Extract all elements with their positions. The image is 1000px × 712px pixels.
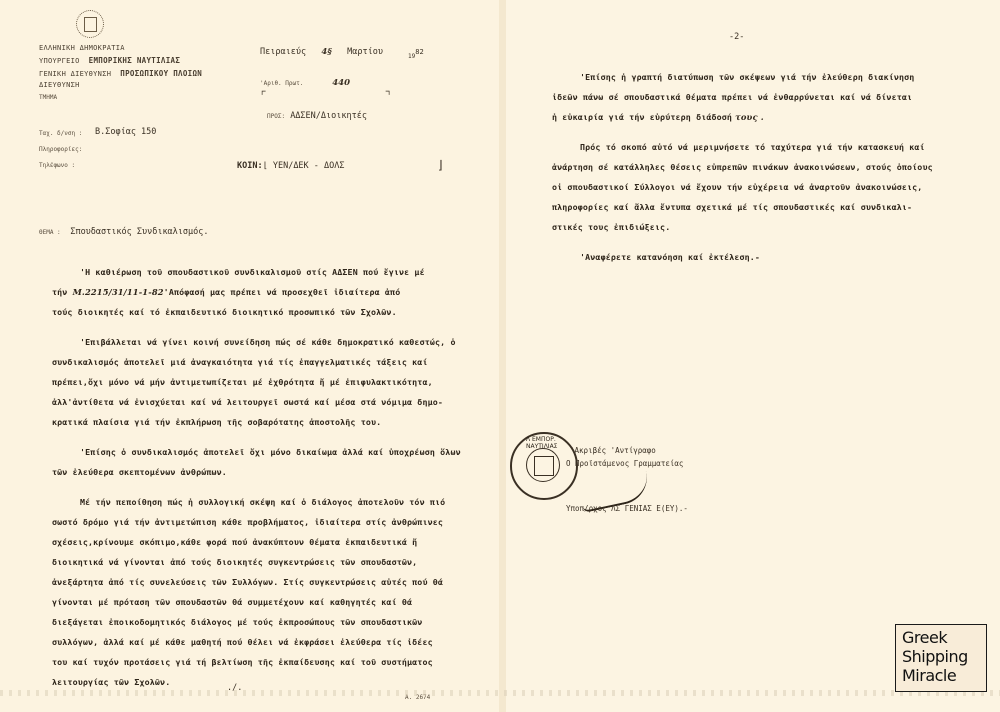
address-value: Β.Σοφίας 150	[95, 127, 156, 137]
seal-cross-icon	[534, 456, 554, 476]
typed-text: ἡ εὐκαιρία γιά τήν εὐρύτερη διάδοσή	[552, 112, 732, 122]
typed-text: ἀνεξάρτητα ἀπό τίς συνελεύσεις τῶν Συλλό…	[52, 577, 443, 587]
text-line: σχέσεις,κρίνουμε σκόπιμο,κάθε φορά πού ἀ…	[52, 532, 461, 552]
typed-text: Μέ τήν πεποίθηση πώς ἡ συλλογική σκέψη κ…	[80, 497, 445, 507]
typed-text: 'Η καθιέρωση τοῦ σπουδαστικοῦ συνδικαλισ…	[80, 267, 425, 277]
typed-text: ἀνάρτηση σέ κατάλληλες θέσεις εὐπρεπῶν π…	[552, 162, 933, 172]
paragraph: Μέ τήν πεποίθηση πώς ἡ συλλογική σκέψη κ…	[66, 492, 461, 692]
general-directorate-name: ΠΡΟΣΩΠΙΚΟΥ ΠΛΟΙΩΝ	[120, 69, 202, 78]
typed-text: τήν	[52, 287, 73, 297]
text-line: λειτουργίας τῶν Σχολῶν.	[52, 672, 461, 692]
cc: ΚΟΙΝ:⌊ ΥΕΝ/ΔΕΚ - ΔΟΛΣ	[237, 161, 345, 171]
letter-body-page-2: 'Επίσης ἡ γραπτή διατύπωση τῶν σκέψεων γ…	[566, 67, 933, 277]
paragraph: 'Αναφέρετε κατανόηση καί ἐκτέλεση.-	[566, 247, 933, 267]
ministry-line: ΥΠΟΥΡΓΕΙΟ ΕΜΠΟΡΙΚΗΣ ΝΑΥΤΙΛΙΑΣ	[39, 56, 180, 65]
ministry-label: ΥΠΟΥΡΓΕΙΟ	[39, 57, 80, 65]
text-line: Πρός τό σκοπό αὐτό νά μεριμνήσετε τό ταχ…	[566, 137, 933, 157]
recipient-label: ΠΡΟΣ:	[267, 113, 285, 120]
typed-text: 'Επιβάλλεται νά γίνει κοινή συνείδηση πώ…	[80, 337, 456, 347]
info-label: Πληροφορίες:	[39, 146, 82, 153]
typed-text: οἱ σπουδαστικοί Σύλλογοι νά ἔχουν τήν εὐ…	[552, 182, 922, 192]
text-line: συνδικαλισμός ἀποτελεῖ μιά ἀναγκαιότητα …	[52, 352, 461, 372]
year: 1982	[408, 47, 424, 61]
general-directorate-line: ΓΕΝΙΚΗ ΔΙΕΥΘΥΝΣΗ ΠΡΟΣΩΠΙΚΟΥ ΠΛΟΙΩΝ	[39, 69, 202, 78]
cc-value: ΥΕΝ/ΔΕΚ - ΔΟΛΣ	[273, 161, 345, 171]
typed-text: συνδικαλισμός ἀποτελεῖ μιά ἀναγκαιότητα …	[52, 357, 428, 367]
address-bracket-right: ⌝	[384, 88, 391, 102]
recipient: ΠΡΟΣ: ΑΔΣΕΝ/Διοικητές	[267, 111, 367, 121]
logo-line-3: Miracle	[902, 666, 986, 685]
month: Μαρτίου	[347, 47, 383, 57]
typed-text: 'Αναφέρετε κατανόηση καί ἐκτέλεση.-	[580, 252, 760, 262]
text-line: διεξάγεται ἐποικοδομητικός διάλογος μέ τ…	[52, 612, 461, 632]
page-number: -2-	[729, 32, 744, 42]
text-line: γίνονται μέ πρόταση τῶν σπουδαστῶν θά συ…	[52, 592, 461, 612]
typed-text: 'Απόφασή μας πρέπει νά προσεχθεῖ ἰδιαίτε…	[164, 287, 401, 297]
address-label: Ταχ. δ/νση :	[39, 130, 82, 137]
typed-text: ἀλλ'ἀντίθετα νά ἐνισχύεται καί νά λειτου…	[52, 397, 443, 407]
typed-text: τούς διοικητές καί τό ἐκπαιδευτικό διοικ…	[52, 307, 397, 317]
typed-text: σωστό δρόμο γιά τήν ἀντιμετώπιση κάθε πρ…	[52, 517, 443, 527]
handwritten-reference: Μ.2215/31/11-1-82	[73, 287, 164, 297]
typed-text: πρέπει,ὄχι μόνο νά μήν ἀντιμετωπίζεται μ…	[52, 377, 433, 387]
typed-text: κρατικά πλαίσια γιά τήν ἐκπλήρωση τῆς σο…	[52, 417, 381, 427]
text-line: 'Επίσης ὁ συνδικαλισμός ἀποτελεῖ ὄχι μόν…	[66, 442, 461, 462]
text-line: συλλόγων, ἀλλά καί μέ κάθε μαθητή πού θέ…	[52, 632, 461, 652]
head-of-secretariat: Ο Προϊστάμενος Γραμματείας	[566, 459, 683, 468]
text-line: κρατικά πλαίσια γιά τήν ἐκπλήρωση τῆς σο…	[52, 412, 461, 432]
stamp-text: Λ ΕΜΠΟΡ. ΝΑΥΤΙΛΙΑΣ	[526, 436, 576, 450]
text-line: ἡ εὐκαιρία γιά τήν εὐρύτερη διάδοσή τους…	[552, 107, 933, 127]
logo-line-1: Greek	[902, 628, 986, 647]
handwritten-word: τους .	[732, 112, 764, 122]
text-line: 'Αναφέρετε κατανόηση καί ἐκτέλεση.-	[566, 247, 933, 267]
text-line: τούς διοικητές καί τό ἐκπαιδευτικό διοικ…	[52, 302, 461, 322]
text-line: του καί τυχόν προτάσεις γιά τή βελτίωση …	[52, 652, 461, 672]
text-line: στικές τους ἐπιδιώξεις.	[552, 217, 933, 237]
text-line: πρέπει,ὄχι μόνο νά μήν ἀντιμετωπίζεται μ…	[52, 372, 461, 392]
place: Πειραιεύς	[260, 47, 306, 57]
paragraph: 'Επιβάλλεται νά γίνει κοινή συνείδηση πώ…	[66, 332, 461, 432]
paragraph: 'Η καθιέρωση τοῦ σπουδαστικοῦ συνδικαλισ…	[66, 262, 461, 322]
typed-text: γίνονται μέ πρόταση τῶν σπουδαστῶν θά συ…	[52, 597, 412, 607]
directorate-label: ΔΙΕΥΘΥΝΣΗ	[39, 81, 80, 89]
typed-text: 'Επίσης ὁ συνδικαλισμός ἀποτελεῖ ὄχι μόν…	[80, 447, 461, 457]
text-line: τῶν ἐλεύθερα σκεπτομένων ἀνθρώπων.	[52, 462, 461, 482]
text-line: 'Επιβάλλεται νά γίνει κοινή συνείδηση πώ…	[66, 332, 461, 352]
place-date: Πειραιεύς 4§ Μαρτίου	[260, 47, 383, 57]
text-line: πληροφορίες καί ἄλλα ἔντυπα σχετικά μέ τ…	[552, 197, 933, 217]
text-line: Μέ τήν πεποίθηση πώς ἡ συλλογική σκέψη κ…	[66, 492, 461, 512]
typed-text: τῶν ἐλεύθερα σκεπτομένων ἀνθρώπων.	[52, 467, 227, 477]
logo-line-2: Shipping	[902, 647, 986, 666]
text-line: 'Επίσης ἡ γραπτή διατύπωση τῶν σκέψεων γ…	[566, 67, 933, 87]
section-label: ΤΜΗΜΑ	[39, 94, 57, 101]
republic-heading: ΕΛΛΗΝΙΚΗ ΔΗΜΟΚΡΑΤΙΑ	[39, 44, 125, 52]
text-line: οἱ σπουδαστικοί Σύλλογοι νά ἔχουν τήν εὐ…	[552, 177, 933, 197]
typed-text: διοικητικά νά γίνονται ἀπό τούς διοικητέ…	[52, 557, 417, 567]
text-line: ἀνεξάρτητα ἀπό τίς συνελεύσεις τῶν Συλλό…	[52, 572, 461, 592]
typed-text: διεξάγεται ἐποικοδομητικός διάλογος μέ τ…	[52, 617, 422, 627]
text-line: ἀλλ'ἀντίθετα νά ἐνισχύεται καί νά λειτου…	[52, 392, 461, 412]
paragraph: 'Επίσης ὁ συνδικαλισμός ἀποτελεῖ ὄχι μόν…	[66, 442, 461, 482]
letter-body-page-1: 'Η καθιέρωση τοῦ σπουδαστικοῦ συνδικαλισ…	[66, 262, 461, 702]
general-directorate-label: ΓΕΝΙΚΗ ΔΙΕΥΘΥΝΣΗ	[39, 70, 111, 78]
protocol-number: 'Αριθ. Πρωτ. 440	[260, 70, 350, 89]
typed-text: σχέσεις,κρίνουμε σκόπιμο,κάθε φορά πού ἀ…	[52, 537, 417, 547]
ministry-name: ΕΜΠΟΡΙΚΗΣ ΝΑΥΤΙΛΙΑΣ	[89, 56, 181, 65]
text-line: 'Η καθιέρωση τοῦ σπουδαστικοῦ συνδικαλισ…	[66, 262, 461, 282]
typed-text: ἰδεῶν πάνω σέ σπουδαστικά θέματα πρέπει …	[552, 92, 912, 102]
text-line: τήν Μ.2215/31/11-1-82'Απόφασή μας πρέπει…	[52, 282, 461, 302]
address-bracket-left: ⌜	[260, 88, 267, 102]
typed-text: του καί τυχόν προτάσεις γιά τή βελτίωση …	[52, 657, 433, 667]
protocol-value: 440	[332, 78, 350, 88]
text-line: ἀνάρτηση σέ κατάλληλες θέσεις εὐπρεπῶν π…	[552, 157, 933, 177]
greek-shipping-miracle-logo: Greek Shipping Miracle	[895, 624, 987, 692]
recipient-value: ΑΔΣΕΝ/Διοικητές	[290, 111, 367, 121]
signatory-title: Υποπ/ρχος ΛΣ ΓΕΝΙΑΣ Ε(ΕΥ).-	[566, 504, 688, 513]
subject-value: Σπουδαστικός Συνδικαλισμός.	[70, 227, 208, 237]
greek-coat-of-arms-icon	[76, 10, 104, 38]
phone-label: Τηλέφωνο :	[39, 162, 75, 169]
typed-text: στικές τους ἐπιδιώξεις.	[552, 222, 670, 232]
typed-text: Πρός τό σκοπό αὐτό νά μεριμνήσετε τό ταχ…	[580, 142, 925, 152]
paragraph: Πρός τό σκοπό αὐτό νά μεριμνήσετε τό ταχ…	[566, 137, 933, 237]
scan-noise-strip	[0, 690, 1000, 696]
year-value: 82	[415, 47, 424, 56]
paragraph: 'Επίσης ἡ γραπτή διατύπωση τῶν σκέψεων γ…	[566, 67, 933, 127]
subject-label: ΘΕΜΑ :	[39, 229, 61, 236]
text-line: σωστό δρόμο γιά τήν ἀντιμετώπιση κάθε πρ…	[52, 512, 461, 532]
day: 4§	[321, 47, 331, 57]
cc-label: ΚΟΙΝ:	[237, 161, 263, 171]
typed-text: 'Επίσης ἡ γραπτή διατύπωση τῶν σκέψεων γ…	[580, 72, 914, 82]
typed-text: πληροφορίες καί ἄλλα ἔντυπα σχετικά μέ τ…	[552, 202, 912, 212]
cc-bracket-right: ⌋	[437, 158, 444, 172]
typed-text: λειτουργίας τῶν Σχολῶν.	[52, 677, 170, 687]
subject: ΘΕΜΑ : Σπουδαστικός Συνδικαλισμός.	[39, 219, 209, 238]
text-line: διοικητικά νά γίνονται ἀπό τούς διοικητέ…	[52, 552, 461, 572]
text-line: ἰδεῶν πάνω σέ σπουδαστικά θέματα πρέπει …	[552, 87, 933, 107]
typed-text: συλλόγων, ἀλλά καί μέ κάθε μαθητή πού θέ…	[52, 637, 433, 647]
protocol-label: 'Αριθ. Πρωτ.	[260, 80, 303, 87]
true-copy-label: 'Ακριβές 'Αντίγραφο	[570, 446, 656, 455]
